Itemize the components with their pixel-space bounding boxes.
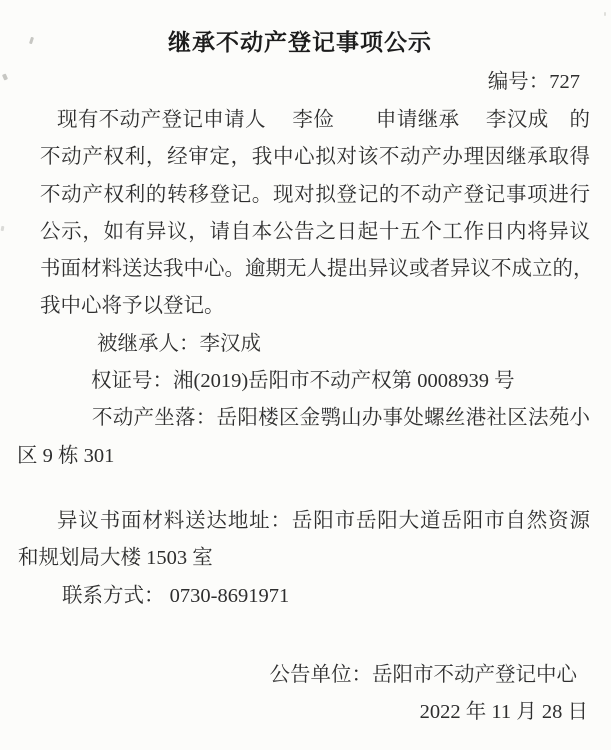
- paragraph-line-3: 不动产权利的转移登记。现对拟登记的不动产登记事项进行: [40, 177, 590, 214]
- notice-content: 继承不动产登记事项公示 编号：727 现有不动产登记申请人 李俭 申请继承 李汉…: [0, 0, 611, 731]
- paragraph-line-5: 书面材料送达我中心。逾期无人提出异议或者异议不成立的，: [40, 251, 590, 288]
- paragraph-line-2: 不动产权利，经审定，我中心拟对该不动产办理因继承取得: [40, 139, 590, 176]
- notice-title: 继承不动产登记事项公示: [40, 26, 560, 60]
- contact-line: 联系方式： 0730-8691971: [40, 578, 590, 615]
- doc-number: 编号：727: [40, 62, 590, 102]
- scan-artifact: [604, 12, 606, 16]
- certificate-number-line: 权证号：湘(2019)岳阳市不动产权第 0008939 号: [40, 363, 590, 400]
- property-location-line-1: 不动产坐落：岳阳楼区金鹗山办事处螺丝港社区法苑小: [40, 400, 590, 437]
- property-location-line-2: 区 9 栋 301: [17, 438, 590, 475]
- scanned-notice-page: 继承不动产登记事项公示 编号：727 现有不动产登记申请人 李俭 申请继承 李汉…: [0, 0, 611, 750]
- issuer-line: 公告单位：岳阳市不动产登记中心: [40, 657, 577, 694]
- paragraph-line-4: 公示，如有异议，请自本公告之日起十五个工作日内将异议: [40, 214, 590, 251]
- decedent-line: 被继承人：李汉成: [40, 326, 590, 363]
- objection-address-line-1: 异议书面材料送达地址：岳阳市岳阳大道岳阳市自然资源: [40, 503, 590, 540]
- paragraph-line-6: 我中心将予以登记。: [40, 288, 590, 325]
- objection-address-line-2: 和规划局大楼 1503 室: [18, 540, 590, 577]
- paragraph-line-1: 现有不动产登记申请人 李俭 申请继承 李汉成 的: [40, 102, 590, 139]
- date-line: 2022 年 11 月 28 日: [40, 694, 588, 731]
